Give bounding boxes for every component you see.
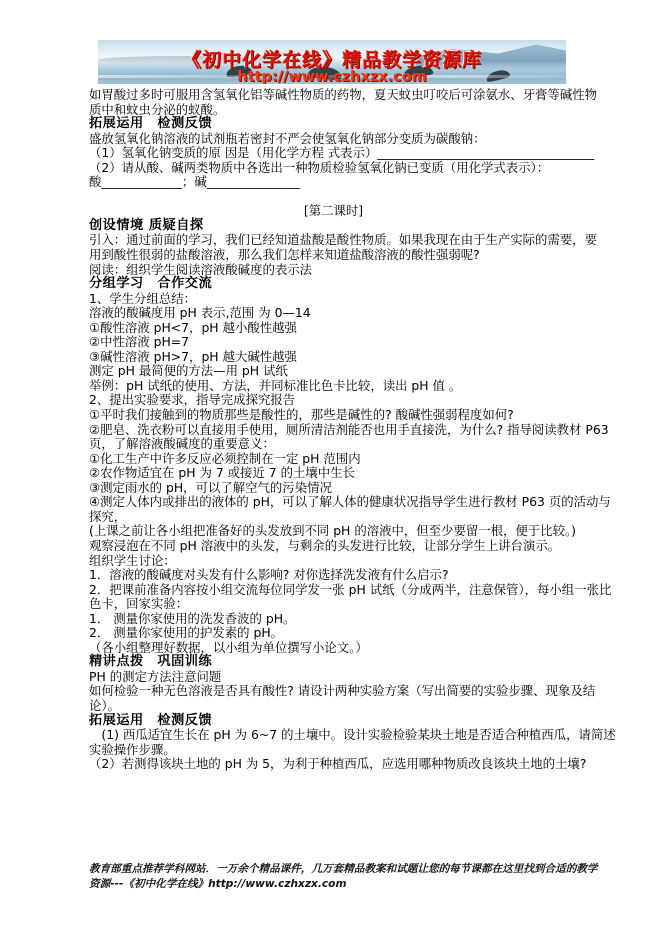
text-line: ③测定雨水的 pH，可以了解空气的污染情况 [89, 481, 578, 496]
text-line: 盛放氢氧化钠溶液的试剂瓶若密封不严会使氢氧化钠部分变质为碳酸钠： [89, 132, 578, 147]
text-line: PH 的测定方法注意问题 [89, 670, 578, 685]
text-line: 用到酸性很弱的盐酸溶液，那么我们怎样来知道盐酸溶液的酸性强弱呢? [89, 248, 578, 263]
document-page: 《初中化学在线》精品教学资源库 http://www.czhxzx.com 如胃… [0, 0, 662, 936]
text-line: （1）氢氧化钠变质的原 因是（用化学方程 式表示）_______________… [89, 146, 578, 161]
text-line: 2． 测量你家使用的护发素的 pH。 [89, 626, 578, 641]
footer-line: 资源---《初中化学在线》http://www.czhxzx.com [89, 877, 578, 892]
text-line: ②肥皂、洗衣粉可以直接用手使用，厕所清洁剂能否也用手直接洗，为什么? 指导阅读教… [89, 423, 578, 438]
text-line: ①平时我们接触到的物质那些是酸性的，那些是碱性的? 酸碱性强弱程度如何? [89, 408, 578, 423]
text-line: 1、学生分组总结： [89, 292, 578, 307]
document-body: 如胃酸过多时可服用含氢氧化铝等碱性物质的药物，夏天蚊虫叮咬后可涂氨水、牙膏等碱性… [89, 88, 578, 772]
text-line: ①化工生产中许多反应必须控制在一定 pH 范围内 [89, 452, 578, 467]
banner-url: http://www.czhxzx.com [98, 69, 566, 84]
text-line: 如何检验一种无色溶液是否具有酸性? 请设计两种实验方案（写出简要的实验步骤、现象… [89, 684, 578, 699]
text-line: 2、提出实验要求，指导完成探究报告 [89, 393, 578, 408]
text-line: 2．把课前准备内容按小组交流每位同学发一张 pH 试纸（分成两半，注意保管），每… [89, 583, 578, 598]
text-line: （2）请从酸、碱两类物质中各选出一种物质检验氢氧化钠已变质（用化学式表示）： [89, 161, 578, 176]
banner-title: 《初中化学在线》精品教学资源库 [98, 45, 566, 72]
text-line: ②中性溶液 pH=7 [89, 335, 578, 350]
text-line: 探究， [89, 510, 578, 525]
text-line: ③碱性溶液 pH>7，pH 越大碱性越强 [89, 350, 578, 365]
text-line [89, 190, 578, 205]
section-heading: 拓展运用 检测反馈 [89, 714, 578, 729]
text-line: 测定 pH 最简便的方法—用 pH 试纸 [89, 364, 578, 379]
text-line: 页，了解溶液酸碱度的重要意义： [89, 437, 578, 452]
site-banner: 《初中化学在线》精品教学资源库 http://www.czhxzx.com [98, 40, 566, 84]
text-line: (1) 西瓜适宜生长在 pH 为 6~7 的土壤中。设计实验检验某块土地是否适合… [89, 728, 578, 743]
text-line: ④测定人体内或排出的液体的 pH，可以了解人体的健康状况指导学生进行教材 P63… [89, 495, 578, 510]
section-heading: 精讲点拨 巩固训练 [89, 655, 578, 670]
text-line: 阅读：组织学生阅读溶液酸碱度的表示法 [89, 263, 578, 278]
text-line: 观察浸泡在不同 pH 溶液中的头发，与剩余的头发进行比较，让部分学生上讲台演示。 [89, 539, 578, 554]
text-line: 如胃酸过多时可服用含氢氧化铝等碱性物质的药物，夏天蚊虫叮咬后可涂氨水、牙膏等碱性… [89, 88, 578, 103]
section-heading: 创设情境 质疑自探 [89, 219, 578, 234]
section-heading: 拓展运用 检测反馈 [89, 117, 578, 132]
section-heading: 分组学习 合作交流 [89, 277, 578, 292]
text-line: 引入：通过前面的学习，我们已经知道盐酸是酸性物质。如果我现在由于生产实际的需要，… [89, 233, 578, 248]
text-line: 酸_____________；碱_______________ [89, 175, 578, 190]
text-line: （2）若测得该块土地的 pH 为 5，为利于种植西瓜，应选用哪种物质改良该块土地… [89, 757, 578, 772]
text-line: 1． 测量你家使用的洗发香波的 pH。 [89, 612, 578, 627]
text-line: 质中和蚊虫分泌的蚁酸。 [89, 103, 578, 118]
text-line: 实验操作步骤。 [89, 743, 578, 758]
text-line: 色卡，回家实验： [89, 597, 578, 612]
text-line: 组织学生讨论： [89, 554, 578, 569]
text-line: 论）。 [89, 699, 578, 714]
text-line: 举例：pH 试纸的使用、方法，并同标准比色卡比较，读出 pH 值 。 [89, 379, 578, 394]
text-line: 1．溶液的酸碱度对头发有什么影响? 对你选择洗发液有什么启示? [89, 568, 578, 583]
page-footer: 教育部重点推荐学科网站．一万余个精品课件，几万套精品教案和试题让您的每节课都在这… [89, 862, 578, 892]
footer-line: 教育部重点推荐学科网站．一万余个精品课件，几万套精品教案和试题让您的每节课都在这… [89, 862, 578, 877]
centered-title: [第二课时] [89, 204, 578, 219]
text-line: (上课之前让各小组把准备好的头发放到不同 pH 的溶液中，但至少要留一根，便于比… [89, 524, 578, 539]
text-line: ①酸性溶液 pH<7，pH 越小酸性越强 [89, 321, 578, 336]
text-line: ②农作物适宜在 pH 为 7 或接近 7 的土壤中生长 [89, 466, 578, 481]
text-line: 溶液的酸碱度用 pH 表示,范围 为 0—14 [89, 306, 578, 321]
